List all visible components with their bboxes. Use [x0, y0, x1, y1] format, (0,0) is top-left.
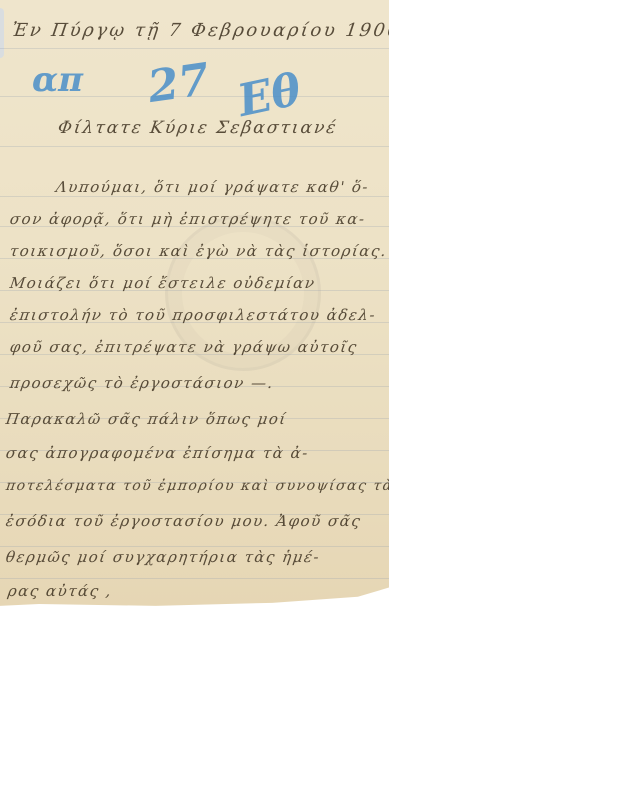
body-line: ρας αὐτάς ,	[7, 582, 114, 600]
body-line: Μοιάζει ὅτι μοί ἔστειλε οὐδεμίαν	[9, 274, 317, 292]
ruled-line	[0, 546, 389, 547]
body-line: προσεχῶς τὸ ἐργοστάσιον —.	[9, 374, 275, 392]
blue-annotation-number: 27	[145, 54, 213, 113]
body-line: ἐπιστολήν τὸ τοῦ προσφιλεστάτου ἀδελ-	[9, 306, 378, 324]
ruled-line	[0, 578, 389, 579]
body-line: ποτελέσματα τοῦ ἐμπορίου καὶ συνοψίσας τ…	[5, 478, 395, 494]
body-line: σον ἀφορᾷ, ὅτι μὴ ἐπιστρέψητε τοῦ κα-	[9, 210, 367, 228]
date-line: Ἐν Πύργῳ τῇ 7 Φεβρουαρίου 1900.	[11, 20, 411, 41]
ruled-line	[0, 146, 389, 147]
body-line: σας ἀπογραφομένα ἐπίσημα τὰ ἀ-	[5, 444, 310, 462]
letter-page: Ἐν Πύργῳ τῇ 7 Φεβρουαρίου 1900. απ 27 Εθ…	[0, 0, 389, 612]
salutation: Φίλτατε Κύριε Σεβαστιανέ	[57, 118, 339, 138]
blue-annotation-left: απ	[32, 60, 83, 100]
scan-edge-shadow	[0, 8, 4, 58]
body-line: τοικισμοῦ, ὅσοι καὶ ἐγὼ νὰ τὰς ἱστορίας.	[9, 242, 389, 260]
body-line: θερμῶς μοί συγχαρητήρια τὰς ἡμέ-	[5, 548, 322, 566]
ruled-line	[0, 48, 389, 49]
body-line: ἐσόδια τοῦ ἐργοστασίου μου. Ἀφοῦ σᾶς	[5, 512, 363, 530]
body-line: Λυπούμαι, ὅτι μοί γράψατε καθ' ὅ-	[55, 178, 371, 196]
body-line: φοῦ σας, ἐπιτρέψατε νὰ γράψω αὐτοῖς	[9, 338, 359, 356]
body-line: Παρακαλῶ σᾶς πάλιν ὅπως μοί	[5, 410, 288, 428]
ruled-line	[0, 196, 389, 197]
